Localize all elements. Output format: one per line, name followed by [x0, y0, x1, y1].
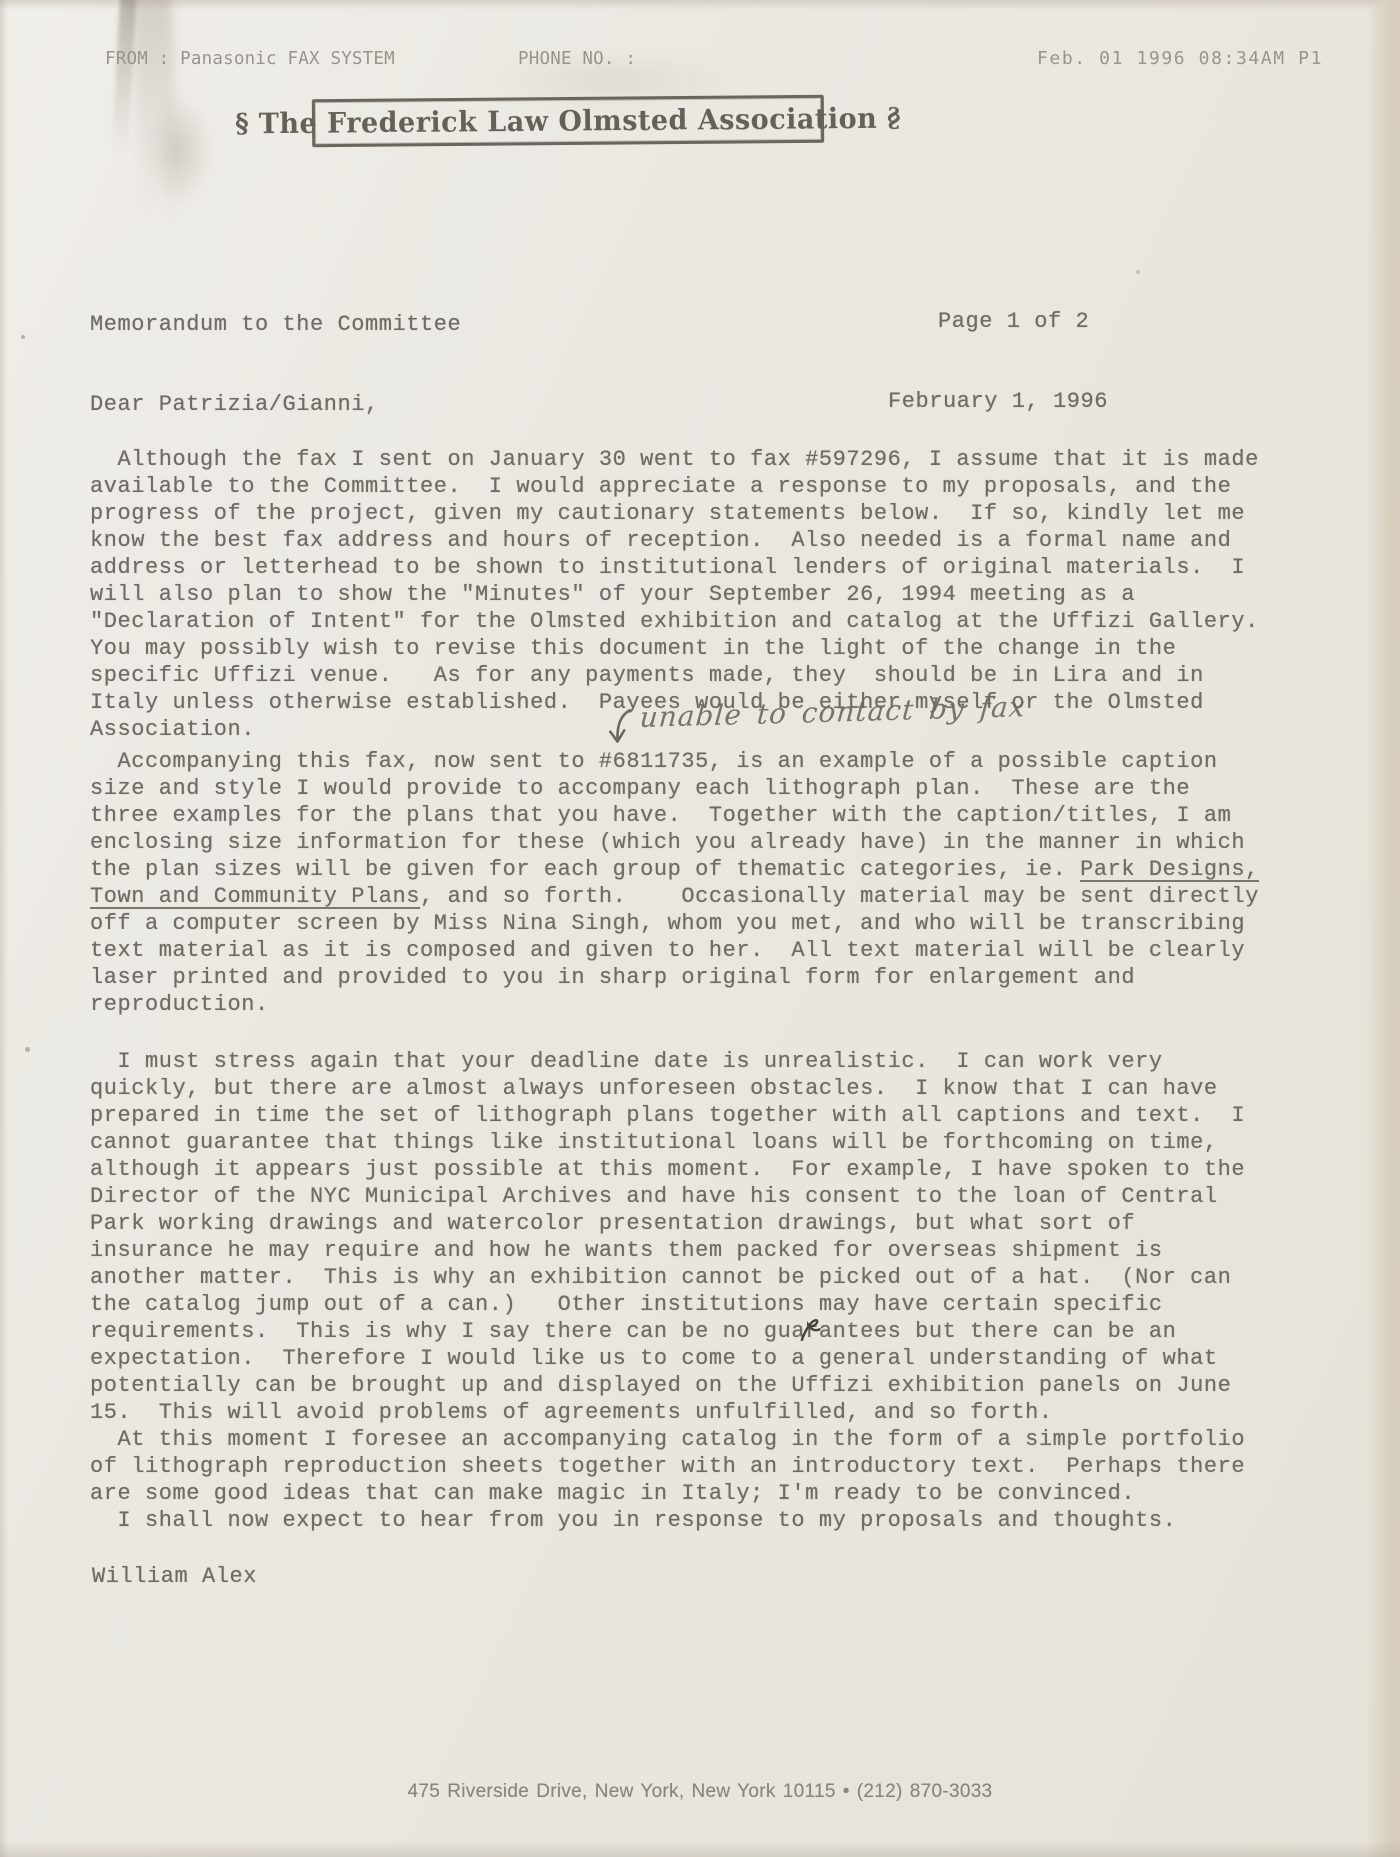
- paper-edge-top: [0, 0, 1400, 10]
- stamp-ornament-right-icon: §: [887, 105, 901, 131]
- letter-line: prepared in time the set of lithograph p…: [90, 1102, 1370, 1129]
- memo-heading: Memorandum to the Committee: [90, 312, 461, 337]
- signature-name: William Alex: [92, 1564, 257, 1589]
- letter-line: specific Uffizi venue. As for any paymen…: [90, 662, 1370, 689]
- fax-phone-label: PHONE NO. :: [518, 49, 636, 69]
- letter-line: Director of the NYC Municipal Archives a…: [90, 1183, 1370, 1210]
- fax-datetime: Feb. 01 1996 08:34AM P1: [1037, 48, 1323, 69]
- letter-line: You may possibly wish to revise this doc…: [90, 635, 1370, 662]
- down-arrow-icon: [608, 707, 635, 750]
- letter-line: will also plan to show the "Minutes" of …: [90, 581, 1370, 608]
- crease-smudge: [112, 0, 136, 154]
- paper-speck: [1136, 270, 1140, 274]
- letter-line: Town and Community Plans, and so forth. …: [90, 883, 1370, 910]
- letter-line: expectation. Therefore I would like us t…: [90, 1345, 1370, 1372]
- letter-line: Park working drawings and watercolor pre…: [90, 1210, 1370, 1237]
- paragraph-3: I must stress again that your deadline d…: [90, 1048, 1370, 1534]
- letterhead-stamp: § The Frederick Law Olmsted Association …: [312, 95, 824, 147]
- letter-line: potentially can be brought up and displa…: [90, 1372, 1370, 1399]
- letter-line: three examples for the plans that you ha…: [90, 802, 1370, 829]
- letter-line: of lithograph reproduction sheets togeth…: [90, 1453, 1370, 1480]
- letter-line: I must stress again that your deadline d…: [90, 1048, 1370, 1075]
- letterhead-title: The Frederick Law Olmsted Association: [259, 102, 878, 140]
- letter-line: another matter. This is why an exhibitio…: [90, 1264, 1370, 1291]
- paper-edge-left: [0, 0, 8, 1857]
- letter-line: the catalog jump out of a can.) Other in…: [90, 1291, 1370, 1318]
- letter-line: insurance he may require and how he want…: [90, 1237, 1370, 1264]
- salutation: Dear Patrizia/Gianni,: [90, 392, 379, 417]
- fax-page: FROM : Panasonic FAX SYSTEM PHONE NO. : …: [0, 0, 1400, 1857]
- letter-line: I shall now expect to hear from you in r…: [90, 1507, 1370, 1534]
- pen-correction-mark: [797, 1315, 823, 1351]
- letter-line: size and style I would provide to accomp…: [90, 775, 1370, 802]
- letter-line: enclosing size information for these (wh…: [90, 829, 1370, 856]
- letter-date: February 1, 1996: [888, 389, 1108, 414]
- letter-line: text material as it is composed and give…: [90, 937, 1370, 964]
- letter-line: 15. This will avoid problems of agreemen…: [90, 1399, 1370, 1426]
- paragraph-2: Accompanying this fax, now sent to #6811…: [90, 748, 1370, 1018]
- letter-line: although it appears just possible at thi…: [90, 1156, 1370, 1183]
- letter-line: Accompanying this fax, now sent to #6811…: [90, 748, 1370, 775]
- letter-line: address or letterhead to be shown to ins…: [90, 554, 1370, 581]
- letter-line: available to the Committee. I would appr…: [90, 473, 1370, 500]
- footer-address: 475 Riverside Drive, New York, New York …: [0, 1781, 1400, 1803]
- letter-line: Although the fax I sent on January 30 we…: [90, 446, 1370, 473]
- stamp-ornament-left-icon: §: [235, 111, 249, 137]
- letter-line: cannot guarantee that things like instit…: [90, 1129, 1370, 1156]
- letter-line: progress of the project, given my cautio…: [90, 500, 1370, 527]
- letter-line: requirements. This is why I say there ca…: [90, 1318, 1370, 1345]
- letter-line: the plan sizes will be given for each gr…: [90, 856, 1370, 883]
- ink-squiggle-icon: [798, 1315, 824, 1346]
- letter-line: At this moment I foresee an accompanying…: [90, 1426, 1370, 1453]
- paper-speck: [21, 335, 25, 339]
- page-indicator: Page 1 of 2: [938, 309, 1089, 334]
- letter-line: reproduction.: [90, 991, 1370, 1018]
- letter-line: know the best fax address and hours of r…: [90, 527, 1370, 554]
- paper-edge-right: [1366, 0, 1400, 1857]
- letter-line: laser printed and provided to you in sha…: [90, 964, 1370, 991]
- paper-speck: [25, 1047, 30, 1052]
- paper-edge-bottom: [0, 1841, 1400, 1857]
- letter-line: are some good ideas that can make magic …: [90, 1480, 1370, 1507]
- letter-line: "Declaration of Intent" for the Olmsted …: [90, 608, 1370, 635]
- crease-smudge: [132, 0, 180, 227]
- fax-from-label: FROM : Panasonic FAX SYSTEM: [105, 49, 395, 69]
- crease-smudge: [150, 95, 210, 205]
- letter-line: off a computer screen by Miss Nina Singh…: [90, 910, 1370, 937]
- letter-line: quickly, but there are almost always unf…: [90, 1075, 1370, 1102]
